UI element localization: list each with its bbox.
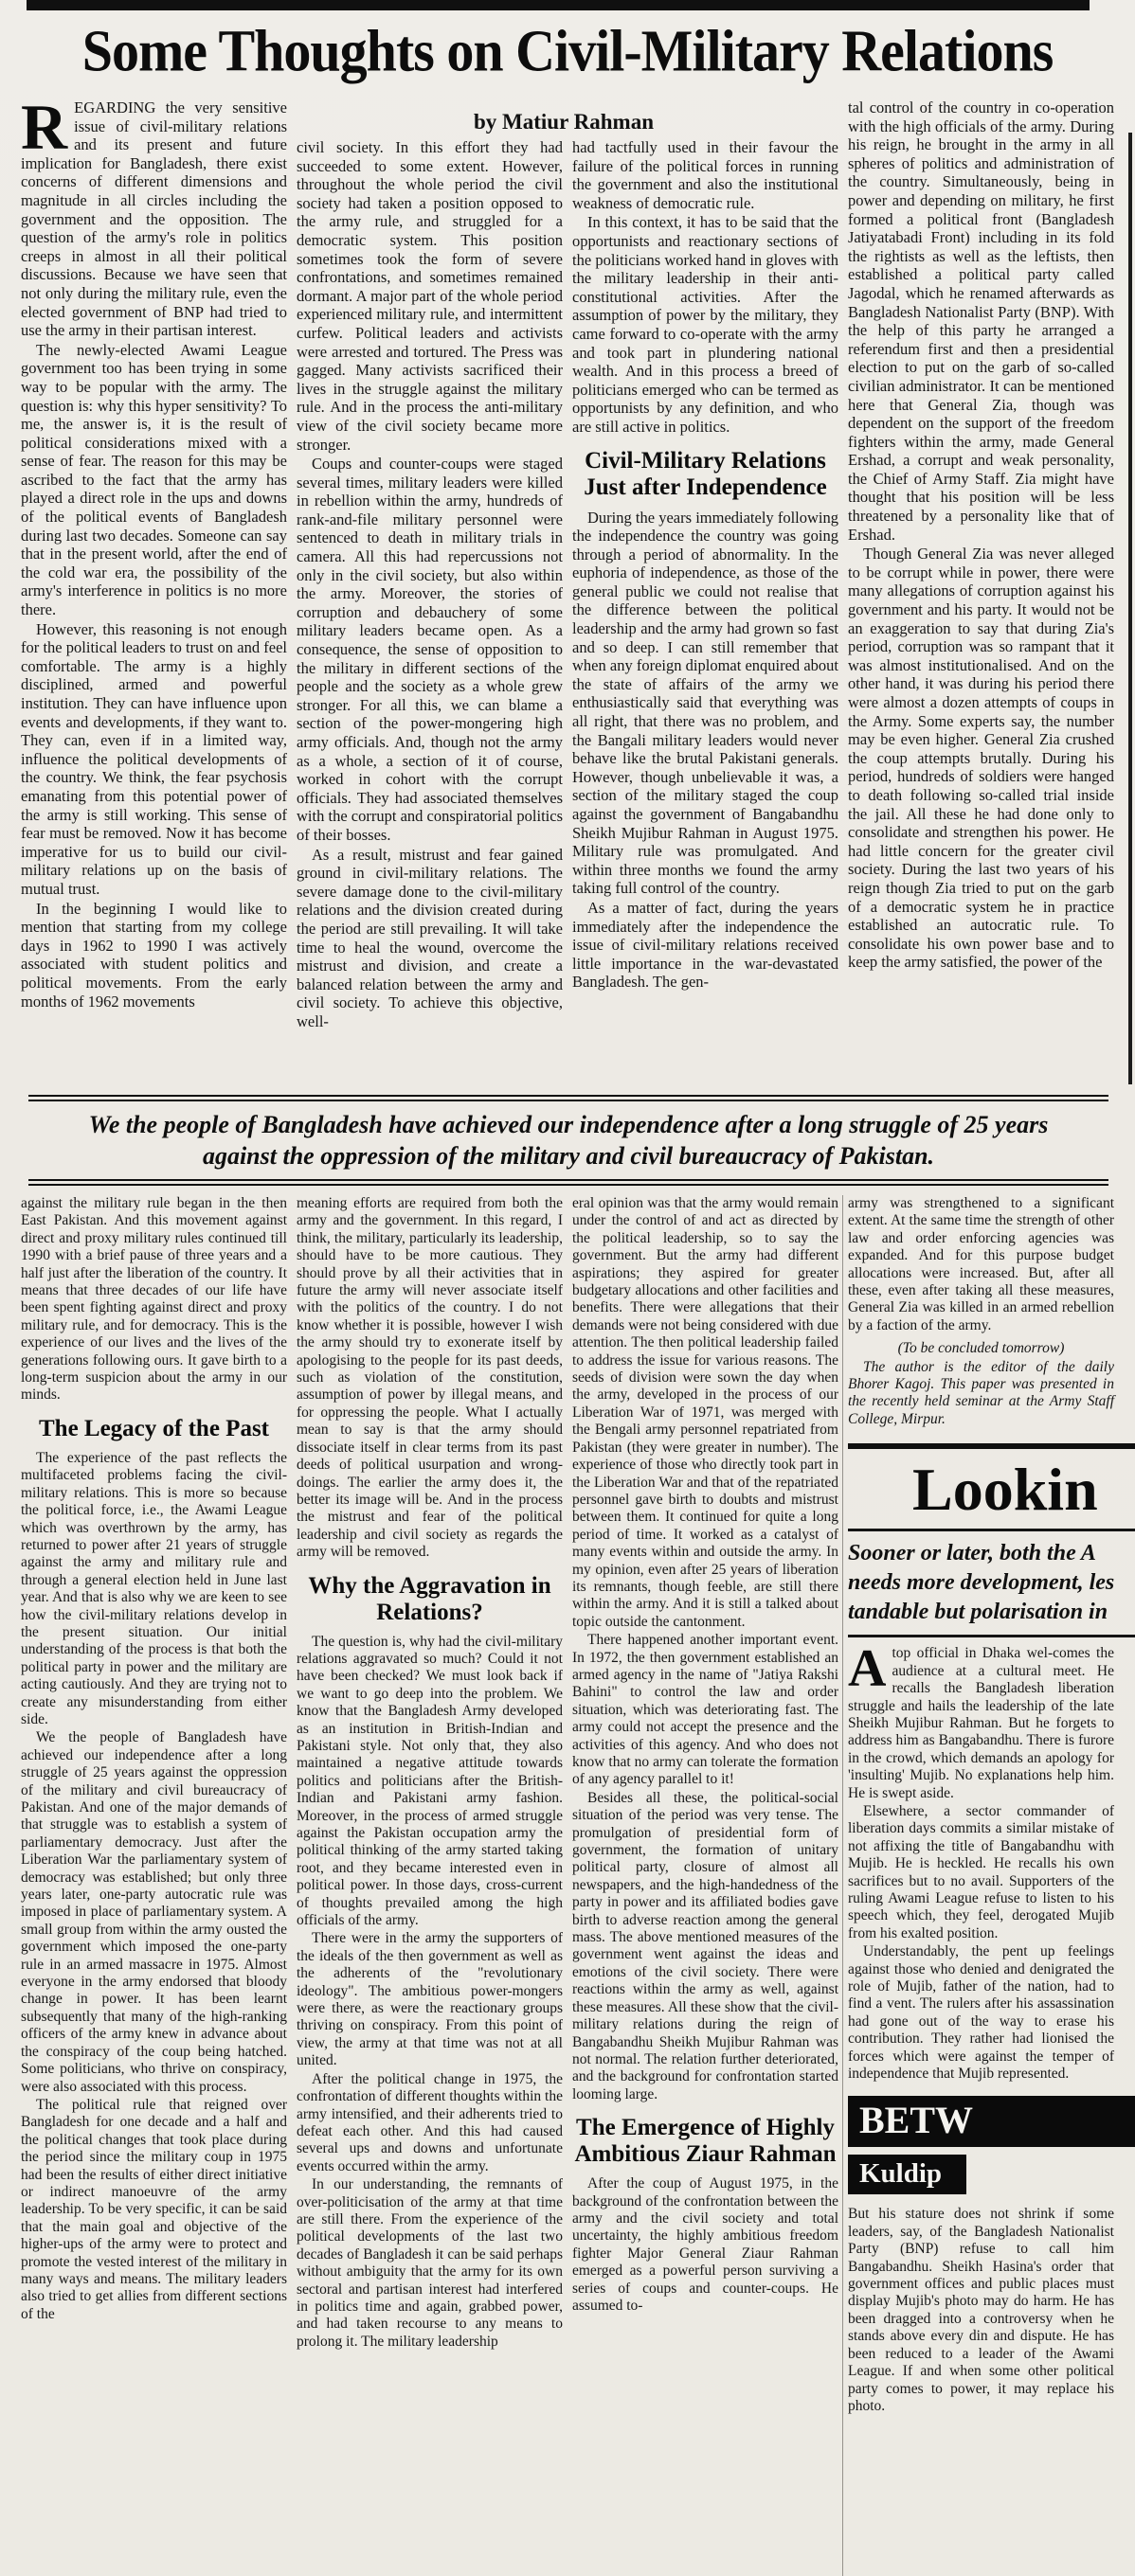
body-paragraph: Coups and counter-coups were staged seve… [297, 455, 563, 844]
body-paragraph: In the beginning I would like to mention… [21, 900, 287, 1011]
body-paragraph: civil society. In this effort they had s… [297, 138, 563, 454]
article-column-6: meaning efforts are required from both t… [297, 1195, 563, 2576]
thin-rule [848, 1529, 1135, 1531]
bottom-columns: against the military rule began in the t… [21, 1195, 1114, 2576]
section-subhead: Civil-Military Relations Just after Inde… [572, 448, 838, 501]
article-column-3: had tactfully used in their favour the f… [572, 98, 838, 1091]
body-paragraph: After the political change in 1975, the … [297, 2071, 563, 2175]
top-columns: REGARDING the very sensitive issue of ci… [21, 98, 1114, 1091]
body-paragraph: Elsewhere, a sector commander of liberat… [848, 1803, 1114, 1942]
body-paragraph: During the years immediately following t… [572, 509, 838, 898]
newspaper-page: Some Thoughts on Civil-Military Relation… [0, 0, 1135, 2576]
section-subhead: Why the Aggravation in Relations? [297, 1573, 563, 1626]
to-be-concluded-note: (To be concluded tomorrow) [848, 1340, 1114, 1357]
body-paragraph: As a matter of fact, during the years im… [572, 899, 838, 992]
pull-quote-text: We the people of Bangladesh have achieve… [72, 1109, 1065, 1172]
article-column-8: army was strengthened to a significant e… [848, 1195, 1114, 2576]
body-paragraph: eral opinion was that the army would rem… [572, 1195, 838, 1631]
body-paragraph: Besides all these, the political-social … [572, 1790, 838, 2103]
body-paragraph: In this context, it has to be said that … [572, 213, 838, 436]
drop-cap: A [848, 1645, 892, 1690]
body-paragraph: meaning efforts are required from both t… [297, 1195, 563, 1562]
page-edge-rule [1128, 133, 1132, 1084]
standfirst-line: Sooner or later, both the A [848, 1539, 1114, 1568]
column-masthead-box: BETW [848, 2096, 1135, 2147]
section-subhead: The Emergence of Highly Ambitious Ziaur … [572, 2115, 838, 2168]
body-paragraph: Understandably, the pent up feelings aga… [848, 1943, 1114, 2083]
second-article-standfirst: Sooner or later, both the Aneeds more de… [848, 1539, 1114, 1627]
article-column-5: against the military rule began in the t… [21, 1195, 287, 2576]
column-divider-rule [842, 1195, 843, 2576]
body-paragraph: army was strengthened to a significant e… [848, 1195, 1114, 1334]
body-paragraph: A top official in Dhaka wel-comes the au… [848, 1645, 1114, 1802]
body-paragraph: The experience of the past reflects the … [21, 1450, 287, 1729]
drop-cap: R [21, 98, 74, 152]
body-paragraph: The newly-elected Awami League governmen… [21, 341, 287, 619]
body-paragraph: We the people of Bangladesh have achieve… [21, 1729, 287, 2096]
section-subhead: The Legacy of the Past [21, 1416, 287, 1442]
heavy-rule [848, 1443, 1135, 1449]
body-paragraph: against the military rule began in the t… [21, 1195, 287, 1404]
pull-quote: We the people of Bangladesh have achieve… [28, 1095, 1108, 1186]
top-rule-bar [27, 0, 1090, 10]
article-column-7: eral opinion was that the army would rem… [572, 1195, 838, 2576]
body-paragraph: There were in the army the supporters of… [297, 1930, 563, 2069]
body-paragraph: The question is, why had the civil-milit… [297, 1634, 563, 1930]
body-paragraph: But his stature does not shrink if some … [848, 2206, 1114, 2415]
author-note: The author is the editor of the daily Bh… [848, 1359, 1114, 1429]
body-paragraph: Though General Zia was never alleged to … [848, 545, 1114, 972]
body-paragraph: There happened another important event. … [572, 1632, 838, 1789]
thin-rule [848, 1635, 1135, 1637]
body-paragraph: had tactfully used in their favour the f… [572, 138, 838, 212]
article-headline: Some Thoughts on Civil-Military Relation… [0, 16, 1135, 84]
columnist-name-box: Kuldip [848, 2155, 966, 2194]
body-paragraph: As a result, mistrust and fear gained gr… [297, 846, 563, 1031]
body-paragraph: tal control of the country in co-operati… [848, 98, 1114, 544]
body-paragraph: The political rule that reigned over Ban… [21, 2097, 287, 2323]
article-column-1: REGARDING the very sensitive issue of ci… [21, 98, 287, 1091]
article-column-2: civil society. In this effort they had s… [297, 98, 563, 1091]
body-paragraph: In our understanding, the remnants of ov… [297, 2176, 563, 2351]
body-paragraph: After the coup of August 1975, in the ba… [572, 2175, 838, 2315]
body-paragraph: REGARDING the very sensitive issue of ci… [21, 98, 287, 340]
standfirst-line: tandable but polarisation in [848, 1598, 1114, 1627]
article-column-4: tal control of the country in co-operati… [848, 98, 1114, 1091]
standfirst-line: needs more development, les [848, 1568, 1114, 1598]
second-article-headline: Lookin [912, 1458, 1114, 1521]
body-paragraph: However, this reasoning is not enough fo… [21, 620, 287, 899]
